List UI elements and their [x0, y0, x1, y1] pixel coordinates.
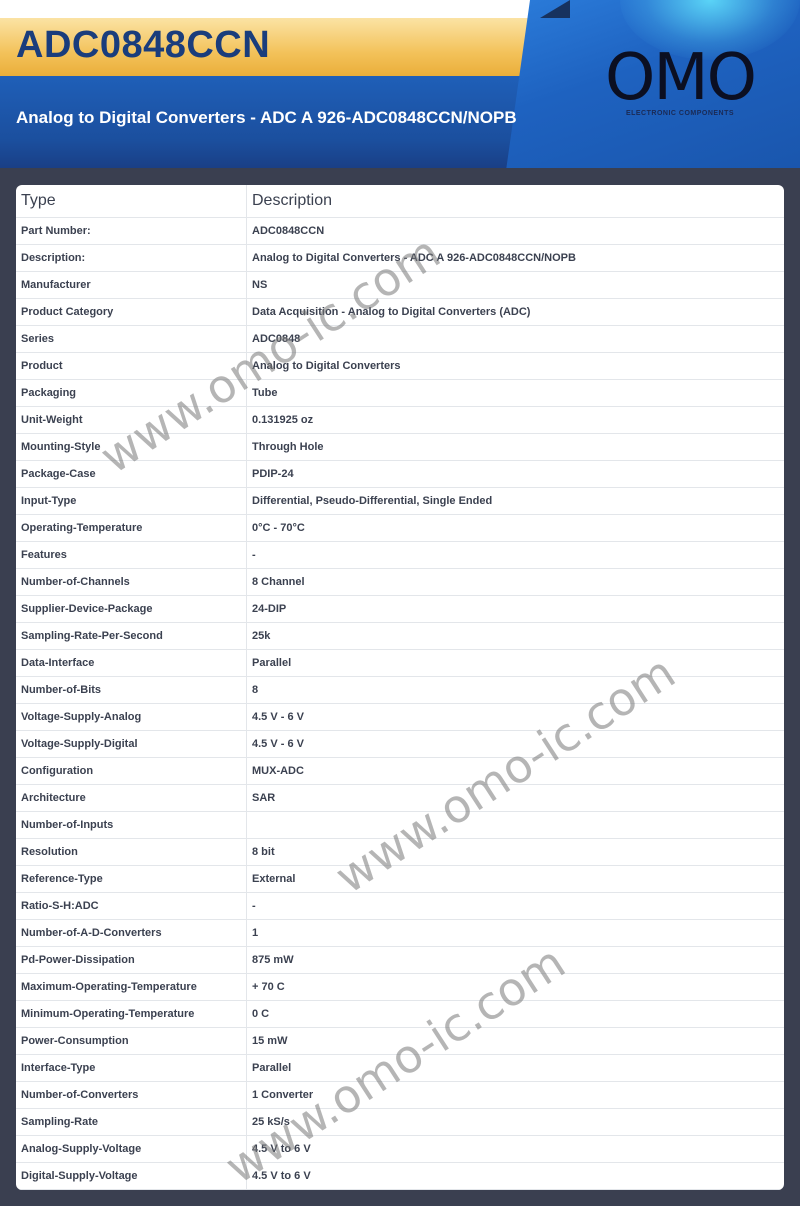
spec-table: Type Description Part Number:ADC0848CCND…: [16, 185, 784, 1190]
spec-type-cell: Mounting-Style: [16, 434, 247, 461]
table-row: Features-: [16, 542, 784, 569]
spec-type-cell: Analog-Supply-Voltage: [16, 1136, 247, 1163]
spec-type-cell: Interface-Type: [16, 1055, 247, 1082]
table-row: Part Number:ADC0848CCN: [16, 218, 784, 245]
spec-type-cell: Sampling-Rate-Per-Second: [16, 623, 247, 650]
spec-type-cell: Number-of-Inputs: [16, 812, 247, 839]
spec-value-cell: NS: [247, 272, 785, 299]
spec-card: Type Description Part Number:ADC0848CCND…: [16, 185, 784, 1190]
spec-type-cell: Features: [16, 542, 247, 569]
spec-type-cell: Data-Interface: [16, 650, 247, 677]
spec-value-cell: 0 C: [247, 1001, 785, 1028]
table-row: ProductAnalog to Digital Converters: [16, 353, 784, 380]
table-header-row: Type Description: [16, 185, 784, 218]
column-header-type: Type: [16, 185, 247, 218]
spec-value-cell: PDIP-24: [247, 461, 785, 488]
spec-value-cell: 1: [247, 920, 785, 947]
spec-value-cell: ADC0848: [247, 326, 785, 353]
table-row: Product CategoryData Acquisition - Analo…: [16, 299, 784, 326]
spec-type-cell: Package-Case: [16, 461, 247, 488]
spec-value-cell: 25k: [247, 623, 785, 650]
page-title: ADC0848CCN: [16, 24, 270, 67]
table-row: Package-CasePDIP-24: [16, 461, 784, 488]
spec-value-cell: Parallel: [247, 1055, 785, 1082]
spec-type-cell: Architecture: [16, 785, 247, 812]
table-row: Number-of-Channels8 Channel: [16, 569, 784, 596]
page-header: ADC0848CCN Analog to Digital Converters …: [0, 0, 800, 168]
table-row: Number-of-Inputs: [16, 812, 784, 839]
spec-type-cell: Resolution: [16, 839, 247, 866]
spec-value-cell: 0.131925 oz: [247, 407, 785, 434]
table-row: SeriesADC0848: [16, 326, 784, 353]
table-row: ConfigurationMUX-ADC: [16, 758, 784, 785]
spec-type-cell: Power-Consumption: [16, 1028, 247, 1055]
column-header-description: Description: [247, 185, 785, 218]
spec-type-cell: Number-of-Converters: [16, 1082, 247, 1109]
table-row: Number-of-Converters1 Converter: [16, 1082, 784, 1109]
spec-type-cell: Input-Type: [16, 488, 247, 515]
spec-type-cell: Configuration: [16, 758, 247, 785]
spec-value-cell: 4.5 V to 6 V: [247, 1163, 785, 1190]
spec-type-cell: Operating-Temperature: [16, 515, 247, 542]
spec-type-cell: Minimum-Operating-Temperature: [16, 1001, 247, 1028]
table-row: Reference-TypeExternal: [16, 866, 784, 893]
table-row: Data-InterfaceParallel: [16, 650, 784, 677]
spec-value-cell: 0°C - 70°C: [247, 515, 785, 542]
table-row: Ratio-S-H:ADC-: [16, 893, 784, 920]
table-row: Description:Analog to Digital Converters…: [16, 245, 784, 272]
spec-value-cell: 8: [247, 677, 785, 704]
logo-mark: OMO: [600, 48, 760, 108]
spec-value-cell: 4.5 V - 6 V: [247, 704, 785, 731]
spec-value-cell: 4.5 V - 6 V: [247, 731, 785, 758]
table-row: Voltage-Supply-Digital4.5 V - 6 V: [16, 731, 784, 758]
table-row: ArchitectureSAR: [16, 785, 784, 812]
spec-value-cell: Analog to Digital Converters: [247, 353, 785, 380]
spec-type-cell: Digital-Supply-Voltage: [16, 1163, 247, 1190]
spec-value-cell: -: [247, 893, 785, 920]
spec-value-cell: MUX-ADC: [247, 758, 785, 785]
spec-type-cell: Pd-Power-Dissipation: [16, 947, 247, 974]
spec-value-cell: 1 Converter: [247, 1082, 785, 1109]
spec-type-cell: Manufacturer: [16, 272, 247, 299]
table-row: Power-Consumption15 mW: [16, 1028, 784, 1055]
table-row: Minimum-Operating-Temperature0 C: [16, 1001, 784, 1028]
corner-accent: [540, 0, 570, 18]
table-row: Interface-TypeParallel: [16, 1055, 784, 1082]
spec-value-cell: External: [247, 866, 785, 893]
table-row: ManufacturerNS: [16, 272, 784, 299]
spec-type-cell: Part Number:: [16, 218, 247, 245]
spec-type-cell: Product Category: [16, 299, 247, 326]
table-row: Resolution8 bit: [16, 839, 784, 866]
spec-value-cell: Analog to Digital Converters - ADC A 926…: [247, 245, 785, 272]
spec-type-cell: Ratio-S-H:ADC: [16, 893, 247, 920]
spec-value-cell: 24-DIP: [247, 596, 785, 623]
spec-value-cell: Parallel: [247, 650, 785, 677]
table-row: PackagingTube: [16, 380, 784, 407]
spec-type-cell: Description:: [16, 245, 247, 272]
spec-type-cell: Series: [16, 326, 247, 353]
spec-value-cell: 8 bit: [247, 839, 785, 866]
table-row: Unit-Weight0.131925 oz: [16, 407, 784, 434]
table-row: Sampling-Rate-Per-Second25k: [16, 623, 784, 650]
spec-value-cell: Through Hole: [247, 434, 785, 461]
spec-type-cell: Number-of-Bits: [16, 677, 247, 704]
spec-value-cell: Data Acquisition - Analog to Digital Con…: [247, 299, 785, 326]
table-row: Maximum-Operating-Temperature+ 70 C: [16, 974, 784, 1001]
spec-type-cell: Reference-Type: [16, 866, 247, 893]
spec-value-cell: + 70 C: [247, 974, 785, 1001]
table-row: Number-of-A-D-Converters1: [16, 920, 784, 947]
table-row: Operating-Temperature0°C - 70°C: [16, 515, 784, 542]
spec-type-cell: Maximum-Operating-Temperature: [16, 974, 247, 1001]
spec-value-cell: Differential, Pseudo-Differential, Singl…: [247, 488, 785, 515]
spec-value-cell: 15 mW: [247, 1028, 785, 1055]
spec-type-cell: Supplier-Device-Package: [16, 596, 247, 623]
table-row: Mounting-StyleThrough Hole: [16, 434, 784, 461]
spec-value-cell: 4.5 V to 6 V: [247, 1136, 785, 1163]
table-row: Number-of-Bits8: [16, 677, 784, 704]
table-row: Analog-Supply-Voltage4.5 V to 6 V: [16, 1136, 784, 1163]
spec-type-cell: Number-of-Channels: [16, 569, 247, 596]
table-row: Pd-Power-Dissipation875 mW: [16, 947, 784, 974]
spec-value-cell: SAR: [247, 785, 785, 812]
spec-type-cell: Voltage-Supply-Digital: [16, 731, 247, 758]
spec-value-cell: 25 kS/s: [247, 1109, 785, 1136]
spec-type-cell: Sampling-Rate: [16, 1109, 247, 1136]
table-row: Input-TypeDifferential, Pseudo-Different…: [16, 488, 784, 515]
table-row: Digital-Supply-Voltage4.5 V to 6 V: [16, 1163, 784, 1190]
table-row: Supplier-Device-Package24-DIP: [16, 596, 784, 623]
spec-type-cell: Packaging: [16, 380, 247, 407]
spec-type-cell: Number-of-A-D-Converters: [16, 920, 247, 947]
page-subtitle: Analog to Digital Converters - ADC A 926…: [16, 108, 517, 128]
spec-type-cell: Unit-Weight: [16, 407, 247, 434]
spec-value-cell: ADC0848CCN: [247, 218, 785, 245]
spec-value-cell: Tube: [247, 380, 785, 407]
spec-type-cell: Product: [16, 353, 247, 380]
spec-value-cell: 875 mW: [247, 947, 785, 974]
table-row: Sampling-Rate25 kS/s: [16, 1109, 784, 1136]
spec-value-cell: 8 Channel: [247, 569, 785, 596]
spec-value-cell: -: [247, 542, 785, 569]
omo-logo: OMO ELECTRONIC COMPONENTS: [600, 48, 760, 117]
spec-value-cell: [247, 812, 785, 839]
spec-type-cell: Voltage-Supply-Analog: [16, 704, 247, 731]
table-row: Voltage-Supply-Analog4.5 V - 6 V: [16, 704, 784, 731]
